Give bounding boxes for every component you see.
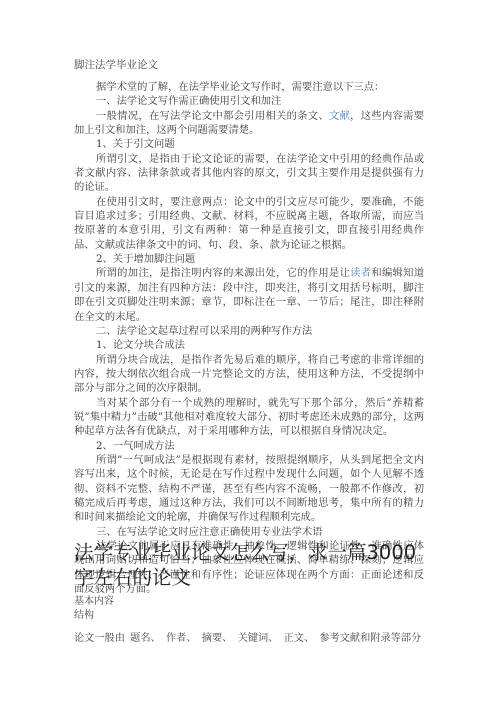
paragraph: 在使用引文时，要注意两点：论文中的引文应尽可能少，要准确，不能盲目追求过多；引用… bbox=[74, 195, 424, 252]
subheading-2-1: 1、论文分块合成法 bbox=[74, 338, 424, 352]
paragraph: 所谓分块合成法，是指作者先易后难的顺序，将自己考虑的非常详细的内容，按大纲依次组… bbox=[74, 353, 424, 396]
paragraph: 所谓引文，是指由于论文论证的需要，在法学论文中引用的经典作品或者文献内容、法律条… bbox=[74, 152, 424, 195]
section-heading-1: 一、法学论文写作需正确使用引文和加注 bbox=[74, 94, 424, 108]
paragraph-text: 所谓的加注，是指注明内容的来源出处，它的作用是让 bbox=[96, 267, 350, 279]
paragraph-annotation: 所谓的加注，是指注明内容的来源出处，它的作用是让读者和编辑知道引文的来源，加注有… bbox=[74, 266, 424, 323]
subheading-2-2: 2、一气呵成方法 bbox=[74, 439, 424, 453]
subheading-structure: 结构 bbox=[74, 606, 94, 621]
link-duzhe[interactable]: 读者 bbox=[350, 267, 371, 279]
subheading-basic-content: 基本内容 bbox=[74, 592, 114, 607]
section-heading-3: 三、在写法学论文时应注意正确使用专业法学术语 bbox=[74, 525, 424, 539]
link-wenxian[interactable]: 文献 bbox=[329, 110, 350, 122]
document-page: 脚注法学毕业论文 据学术堂的了解，在法学毕业论文写作时，需要注意以下三点： 一、… bbox=[0, 0, 500, 707]
subheading-1-1: 1、关于引文问题 bbox=[74, 137, 424, 151]
document-body: 据学术堂的了解，在法学毕业论文写作时，需要注意以下三点： 一、法学论文写作需正确… bbox=[74, 80, 424, 596]
document-title: 脚注法学毕业论文 bbox=[74, 57, 158, 72]
subheading-1-2: 2、关于增加脚注问题 bbox=[74, 252, 424, 266]
structure-line: 论文一般由 题名、 作者、 摘要、 关键词、 正文、 参考文献和附录等部分 bbox=[74, 629, 421, 644]
section-heading-2: 二、法学论文起草过程可以采用的两种写作方法 bbox=[74, 324, 424, 338]
intro-paragraph: 据学术堂的了解，在法学毕业论文写作时，需要注意以下三点： bbox=[74, 80, 424, 94]
paragraph: 当对某个部分有一个成熟的理解时，就先写下那个部分，然后”养精蓄锐”集中精力”击破… bbox=[74, 396, 424, 439]
paragraph: 所谓”一气呵成法”是根据现有素材，按照提纲顺序，从头到尾把全文内容写出来，这个时… bbox=[74, 453, 424, 525]
paragraph-text: 一般情况，在写法学论文中都会引用相关的条文、 bbox=[96, 110, 329, 122]
paragraph-citation-intro: 一般情况，在写法学论文中都会引用相关的条文、文献，这些内容需要加上引文和加注，这… bbox=[74, 109, 424, 138]
section-heading-large: 法学专业毕业论文怎么写，求一篇3000字左右的论文 bbox=[74, 540, 434, 590]
